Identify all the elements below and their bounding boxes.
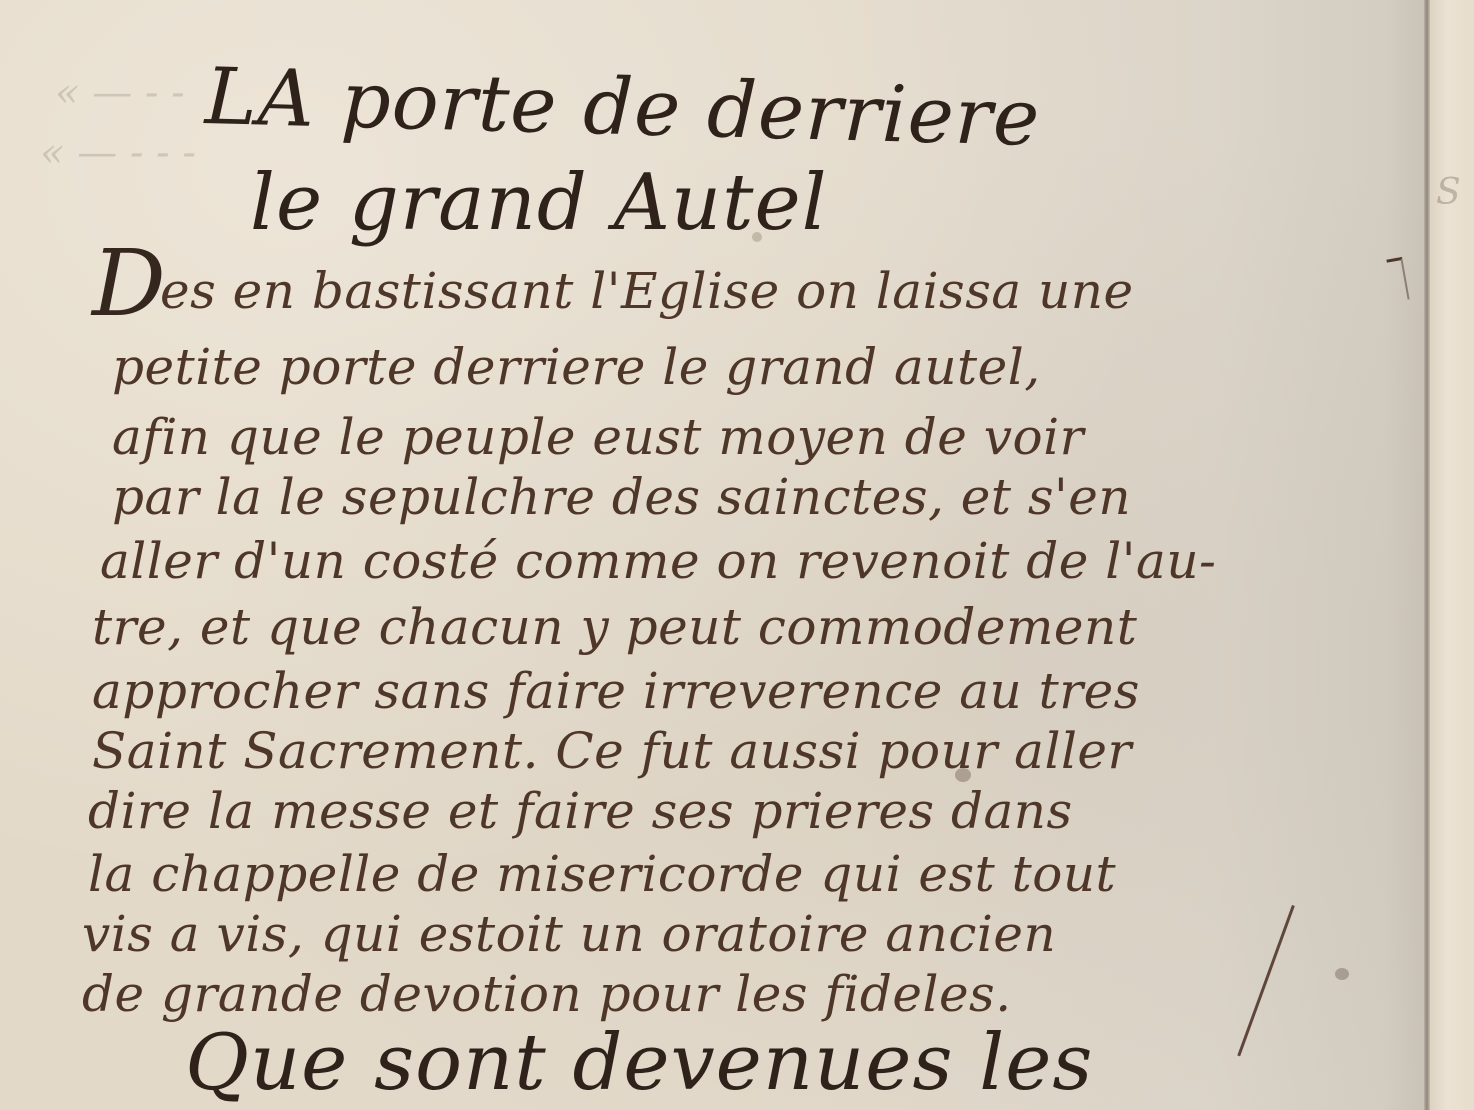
bleed-through-mark: « — - -: [55, 70, 185, 116]
text-line-1: es en bastissant l'Eglise on laissa une: [160, 262, 1134, 320]
text-line-2: petite porte derriere le grand autel,: [112, 338, 1041, 396]
text-line-3: afin que le peuple eust moyen de voir: [112, 408, 1084, 466]
section-title-line-2: le grand Autel: [250, 158, 828, 248]
text-line-4: par la le sepulchre des sainctes, et s'e…: [112, 468, 1131, 526]
text-line-6: tre, et que chacun y peut commodement: [92, 598, 1137, 656]
ink-stain: [752, 232, 762, 242]
margin-mark: S: [1436, 172, 1461, 213]
adjacent-page-edge: S: [1430, 0, 1474, 1110]
margin-bracket-mark: [1386, 257, 1409, 302]
text-line-10: la chappelle de misericorde qui est tout: [88, 845, 1116, 903]
section-title-line-1: LA porte de derriere: [204, 52, 1042, 164]
bleed-through-mark: « — - - -: [40, 130, 196, 176]
text-line-11: vis a vis, qui estoit un oratoire ancien: [82, 905, 1056, 963]
text-line-7: approcher sans faire irreverence au tres: [92, 662, 1140, 720]
text-line-9: dire la messe et faire ses prieres dans: [88, 782, 1073, 840]
manuscript-page: « — - - « — - - - LA porte de derriere l…: [0, 0, 1428, 1110]
ink-stain: [1335, 968, 1349, 980]
text-line-5: aller d'un costé comme on revenoit de l'…: [100, 532, 1216, 590]
text-line-8: Saint Sacrement. Ce fut aussi pour aller: [92, 722, 1132, 780]
next-section-heading: Que sont devenues les: [185, 1018, 1093, 1108]
text-line-12: de grande devotion pour les fideles.: [82, 965, 1012, 1023]
drop-cap-initial: D: [92, 230, 166, 337]
ink-stain: [955, 768, 971, 782]
line-filler-stroke: [1237, 905, 1295, 1056]
manuscript-viewer: « — - - « — - - - LA porte de derriere l…: [0, 0, 1474, 1110]
